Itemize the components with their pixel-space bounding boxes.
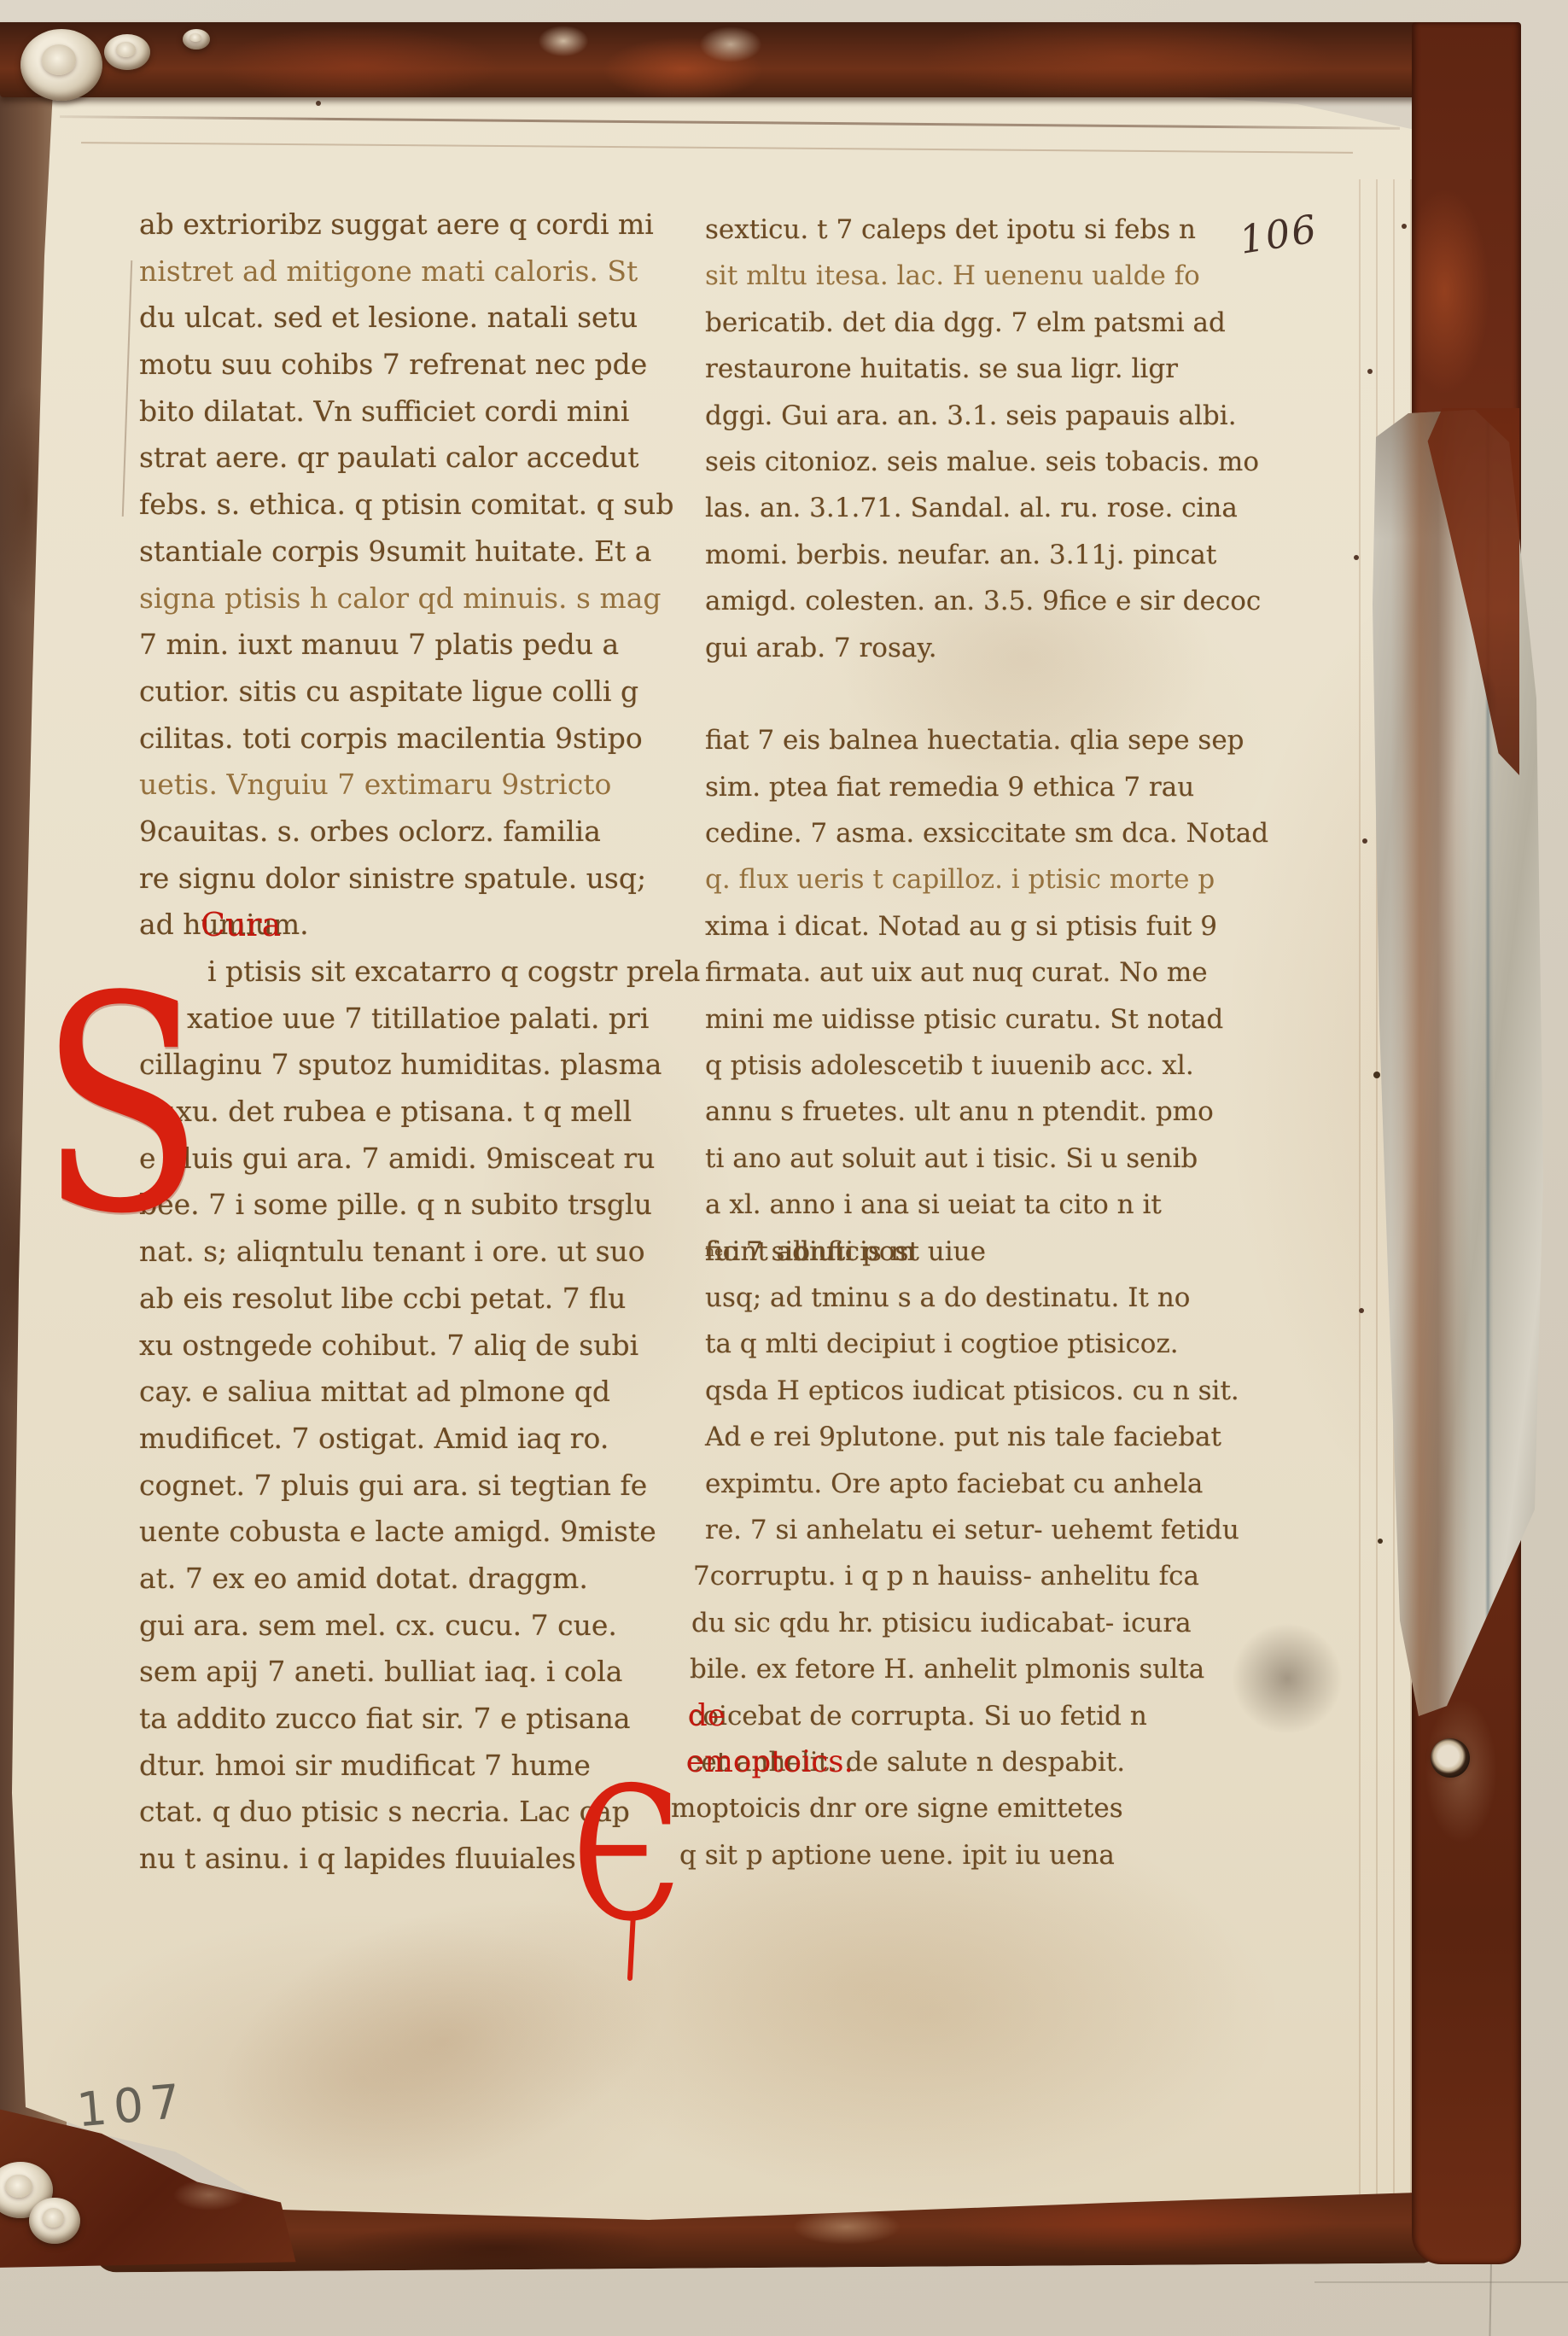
text-run: sexticu. t 7 caleps det ipotu si febs n <box>705 207 1196 253</box>
manuscript-line: fic 7 sibnficis mne fuint adiuti post ui… <box>705 1229 1323 1275</box>
text-run: 7corruptu. i q p n hauiss- anhelitu fca <box>693 1553 1199 1599</box>
text-run: xu ostngede cohibut. 7 aliq de subi <box>139 1323 638 1369</box>
corner-rosette-boss <box>183 29 210 50</box>
text-run: ta q mlti decipiut i cogtioe ptisicoz. <box>705 1321 1179 1367</box>
manuscript-line: cutior. sitis cu aspitate ligue colli g <box>139 669 690 715</box>
manuscript-line: febs. s. ethica. q ptisin comitat. q sub <box>139 482 690 529</box>
manuscript-line: bile. ex fetore H. anhelit plmonis sulta <box>690 1646 1323 1692</box>
text-run: xatioe uue 7 titillatioe palati. pri <box>187 996 649 1042</box>
manuscript-line: uetis. Vnguiu 7 extimaru 9stricto <box>139 762 690 809</box>
manuscript-line: bericatib. det dia dgg. 7 elm patsmi ad <box>705 300 1323 346</box>
text-run: fiat 7 eis balnea huectatia. qlia sepe s… <box>705 717 1244 763</box>
page-edge-seam <box>60 115 1400 130</box>
manuscript-line: cedine. 7 asma. exsiccitate sm dca. Nota… <box>705 810 1323 856</box>
manuscript-line: cilitas. toti corpis macilentia 9stipo <box>139 715 690 762</box>
manuscript-line: sexticu. t 7 caleps det ipotu si febs n <box>705 207 1323 253</box>
manuscript-line: restaurone huitatis. se sua ligr. ligr <box>705 346 1323 392</box>
manuscript-line: uente cobusta e lacte amigd. 9miste <box>139 1509 690 1556</box>
manuscript-line: cillaginu 7 sputoz humiditas. plasma <box>139 1042 690 1089</box>
manuscript-line: 9cauitas. s. orbes oclorz. familia <box>139 809 690 856</box>
manuscript-line: mudificet. 7 ostigat. Amid iaq ro. <box>139 1416 690 1463</box>
manuscript-line: q ptisis adolescetib t iuuenib acc. xl. <box>705 1042 1323 1089</box>
manuscript-line: motu suu cohibs 7 refrenat nec pde <box>139 342 690 388</box>
manuscript-line: Ad e rei 9plutone. put nis tale faciebat <box>705 1414 1323 1460</box>
manuscript-line: fluxu. det rubea e ptisana. t q mell <box>139 1089 690 1136</box>
text-run: gui ara. sem mel. cx. cucu. 7 cue. <box>139 1603 617 1650</box>
text-run: ab eis resolut libe ccbi petat. 7 flu <box>139 1276 626 1323</box>
text-run: amigd. colesten. an. 3.5. 9fice e sir de… <box>705 578 1261 624</box>
text-run: sit mltu itesa. lac. H uenenu ualde fo <box>705 253 1200 299</box>
manuscript-line: 7corruptu. i q p n hauiss- anhelitu fca <box>693 1553 1323 1599</box>
text-run: momi. berbis. neufar. an. 3.11j. pincat <box>705 532 1216 578</box>
manuscript-line: re signu dolor sinistre spatule. usq; <box>139 856 690 902</box>
manuscript-line: du sic qdu hr. ptisicu iudicabat- icura <box>691 1600 1323 1646</box>
text-run: ti ano aut soluit aut i tisic. Si u seni… <box>705 1136 1198 1182</box>
corner-rosette-boss <box>104 34 150 70</box>
text-run: uente cobusta e lacte amigd. 9miste <box>139 1509 656 1556</box>
manuscript-line: ab eis resolut libe ccbi petat. 7 flu <box>139 1276 690 1323</box>
manuscript-line: gui arab. 7 rosay. <box>705 625 1323 671</box>
manuscript-line: dggi. Gui ara. an. 3.1. seis papauis alb… <box>705 393 1323 439</box>
text-run: fuint adiuti post uiue <box>705 1229 986 1275</box>
text-run: bito dilatat. Vn sufficiet cordi mini <box>139 388 629 435</box>
text-run: moptoicis dnr ore signe emittetes <box>671 1785 1123 1831</box>
text-run: re. 7 si anhelatu ei setur- uehemt fetid… <box>705 1507 1239 1553</box>
text-run: las. an. 3.1.71. Sandal. al. ru. rose. c… <box>705 485 1238 531</box>
rubric-run: Cura <box>201 902 281 949</box>
text-run: cay. e saliua mittat ad plmone qd <box>139 1369 610 1416</box>
text-run: dggi. Gui ara. an. 3.1. seis papauis alb… <box>705 393 1237 439</box>
wormholes <box>0 0 5 5</box>
text-run: expimtu. Ore apto faciebat cu anhela <box>705 1461 1203 1507</box>
text-run: restaurone huitatis. se sua ligr. ligr <box>705 346 1178 392</box>
manuscript-line: nat. s; aliqntulu tenant i ore. ut suo <box>139 1229 690 1276</box>
text-run: fluxu. det rubea e ptisana. t q mell <box>139 1089 632 1136</box>
manuscript-line: ta q mlti decipiut i cogtioe ptisicoz. <box>705 1321 1323 1367</box>
manuscript-line: annu s fruetes. ult anu n ptendit. pmo <box>705 1089 1323 1135</box>
text-run: re signu dolor sinistre spatule. usq; <box>139 856 646 902</box>
manuscript-line: fiat 7 eis balnea huectatia. qlia sepe s… <box>705 717 1323 763</box>
text-run: firmata. aut uix aut nuq curat. No me <box>705 949 1208 996</box>
text-run: e pluis gui ara. 7 amidi. 9misceat ru <box>139 1136 655 1183</box>
manuscript-line: mini me uidisse ptisic curatu. St notad <box>705 996 1323 1042</box>
text-run: annu s fruetes. ult anu n ptendit. pmo <box>705 1089 1214 1135</box>
corner-rosette-boss <box>20 29 102 101</box>
text-run: coicebat de corrupta. Si uo fetid n <box>688 1693 1147 1739</box>
text-run: ta addito zucco fiat sir. 7 e ptisana <box>139 1696 631 1743</box>
text-run: mudificet. 7 ostigat. Amid iaq ro. <box>139 1416 609 1463</box>
text-run: 9cauitas. s. orbes oclorz. familia <box>139 809 601 856</box>
manuscript-line: signa ptisis h calor qd minuis. s mag <box>139 575 690 622</box>
text-run: nu t asinu. i q lapides fluuiales <box>139 1836 576 1883</box>
manuscript-line: i ptisis sit excatarro q cogstr prela <box>139 949 690 996</box>
manuscript-line: qsda H epticos iudicat ptisicos. cu n si… <box>705 1368 1323 1414</box>
manuscript-line: moptoicis dnr ore signe emittetes <box>671 1785 1323 1831</box>
manuscript-line: nistret ad mitigone mati caloris. St <box>139 248 690 295</box>
text-run: seis citonioz. seis malue. seis tobacis.… <box>705 439 1259 485</box>
text-run: mini me uidisse ptisic curatu. St notad <box>705 996 1223 1042</box>
text-run: motu suu cohibs 7 refrenat nec pde <box>139 342 647 388</box>
text-run: xima i dicat. Notad au g si ptisis fuit … <box>705 903 1217 949</box>
text-run: bile. ex fetore H. anhelit plmonis sulta <box>690 1646 1204 1692</box>
text-run: at. 7 ex eo amid dotat. draggm. <box>139 1556 588 1603</box>
manuscript-line: q sit p aptione uene. ipit iu uena <box>679 1832 1323 1878</box>
text-run: bericatib. det dia dgg. 7 elm patsmi ad <box>705 300 1226 346</box>
text-run: signa ptisis h calor qd minuis. s mag <box>139 575 662 622</box>
text-run: q ptisis adolescetib t iuuenib acc. xl. <box>705 1042 1194 1089</box>
manuscript-line: usq; ad tminu s a do destinatu. It no <box>705 1275 1323 1321</box>
manuscript-line: las. an. 3.1.71. Sandal. al. ru. rose. c… <box>705 485 1323 531</box>
manuscript-line: bee. 7 i some pille. q n subito trsglu <box>139 1182 690 1229</box>
text-run: febs. s. ethica. q ptisin comitat. q sub <box>139 482 674 529</box>
manuscript-line: xima i dicat. Notad au g si ptisis fuit … <box>705 903 1323 949</box>
manuscript-line: e pluis gui ara. 7 amidi. 9misceat ru <box>139 1136 690 1183</box>
manuscript-line: ad humium.Cura <box>139 902 690 949</box>
manuscript-photo: 106 107 ab extrioribz suggat aere q cord… <box>0 0 1568 2336</box>
text-run: ab extrioribz suggat aere q cordi mi <box>139 201 654 248</box>
text-column-left: ab extrioribz suggat aere q cordi minist… <box>139 201 690 1883</box>
text-run: cedine. 7 asma. exsiccitate sm dca. Nota… <box>705 810 1268 856</box>
text-run: q sit p aptione uene. ipit iu uena <box>679 1832 1115 1878</box>
text-run: du sic qdu hr. ptisicu iudicabat- icura <box>691 1600 1192 1646</box>
parchment-page: 106 107 ab extrioribz suggat aere q cord… <box>0 0 1568 2336</box>
text-run: du ulcat. sed et lesione. natali setu <box>139 295 638 342</box>
text-run: i ptisis sit excatarro q cogstr prela <box>207 949 700 996</box>
manuscript-line: 7 min. iuxt manuu 7 platis pedu a <box>139 622 690 669</box>
text-run: 7 min. iuxt manuu 7 platis pedu a <box>139 622 619 669</box>
pencil-folio-number: 107 <box>74 2074 189 2138</box>
manuscript-line: ab extrioribz suggat aere q cordi mi <box>139 201 690 248</box>
manuscript-line: seis citonioz. seis malue. seis tobacis.… <box>705 439 1323 485</box>
text-run: qsda H epticos iudicat ptisicos. cu n si… <box>705 1368 1239 1414</box>
text-column-right: sexticu. t 7 caleps det ipotu si febs ns… <box>705 207 1323 1878</box>
manuscript-line: ti ano aut soluit aut i tisic. Si u seni… <box>705 1136 1323 1182</box>
text-run: gui arab. 7 rosay. <box>705 625 937 671</box>
text-run: cognet. 7 pluis gui ara. si tegtian fe <box>139 1463 647 1510</box>
manuscript-line: re. 7 si anhelatu ei setur- uehemt fetid… <box>705 1507 1323 1553</box>
binding-leather-top <box>0 22 1513 97</box>
manuscript-line: q. flux ueris t capilloz. i ptisic morte… <box>705 856 1323 902</box>
text-run: sim. ptea fiat remedia 9 ethica 7 rau <box>705 764 1194 810</box>
manuscript-line: expimtu. Ore apto faciebat cu anhela <box>705 1461 1323 1507</box>
manuscript-line: coicebat de corrupta. Si uo fetid n de <box>688 1693 1323 1739</box>
text-run: sem apij 7 aneti. bulliat iaq. i cola <box>139 1649 622 1696</box>
manuscript-line: ta addito zucco fiat sir. 7 e ptisana <box>139 1696 690 1743</box>
manuscript-line: gui ara. sem mel. cx. cucu. 7 cue. <box>139 1603 690 1650</box>
text-run: stantiale corpis 9sumit huitate. Et a <box>139 529 651 575</box>
manuscript-line: bito dilatat. Vn sufficiet cordi mini <box>139 388 690 435</box>
table-seam <box>1314 2281 1568 2283</box>
text-run: usq; ad tminu s a do destinatu. It no <box>705 1275 1190 1321</box>
rubric-run: de <box>688 1693 726 1739</box>
text-run: nat. s; aliqntulu tenant i ore. ut suo <box>139 1229 645 1276</box>
initial-S: S <box>39 958 204 1255</box>
manuscript-line: firmata. aut uix aut nuq curat. No me <box>705 949 1323 996</box>
manuscript-line: stantiale corpis 9sumit huitate. Et a <box>139 529 690 575</box>
manuscript-line: momi. berbis. neufar. an. 3.11j. pincat <box>705 532 1323 578</box>
text-run: cillaginu 7 sputoz humiditas. plasma <box>139 1042 662 1089</box>
manuscript-line: amigd. colesten. an. 3.5. 9fice e sir de… <box>705 578 1323 624</box>
manuscript-line: xu ostngede cohibut. 7 aliq de subi <box>139 1323 690 1369</box>
strap-grommet <box>1431 1738 1470 1778</box>
text-run: uetis. Vnguiu 7 extimaru 9stricto <box>139 762 611 809</box>
manuscript-line: cet anhelit. de salute n despabit. emopt… <box>686 1739 1323 1785</box>
manuscript-line: sit mltu itesa. lac. H uenenu ualde fo <box>705 253 1323 299</box>
manuscript-line: sim. ptea fiat remedia 9 ethica 7 rau <box>705 764 1323 810</box>
text-run: dtur. hmoi sir mudificat 7 hume <box>139 1743 591 1790</box>
text-run: cutior. sitis cu aspitate ligue colli g <box>139 669 638 715</box>
manuscript-line: at. 7 ex eo amid dotat. draggm. <box>139 1556 690 1603</box>
initial-E: Є <box>572 1764 682 1948</box>
manuscript-line: xatioe uue 7 titillatioe palati. pri <box>139 996 690 1042</box>
text-run: strat aere. qr paulati calor accedut <box>139 435 639 482</box>
manuscript-line: strat aere. qr paulati calor accedut <box>139 435 690 482</box>
text-run: ctat. q duo ptisic s necria. Lac cap <box>139 1789 630 1836</box>
manuscript-line: du ulcat. sed et lesione. natali setu <box>139 295 690 342</box>
manuscript-line: a xl. anno i ana si ueiat ta cito n it <box>705 1182 1323 1228</box>
text-run: nistret ad mitigone mati caloris. St <box>139 248 638 295</box>
manuscript-line: cognet. 7 pluis gui ara. si tegtian fe <box>139 1463 690 1510</box>
rubric-run: emoptoics. <box>686 1739 854 1785</box>
page-edge-seam <box>81 142 1353 154</box>
text-run: q. flux ueris t capilloz. i ptisic morte… <box>705 856 1215 902</box>
parchment-crease <box>122 260 132 517</box>
manuscript-line <box>705 671 1323 717</box>
text-run: a xl. anno i ana si ueiat ta cito n it <box>705 1182 1162 1228</box>
text-run: Ad e rei 9plutone. put nis tale faciebat <box>705 1414 1221 1460</box>
manuscript-line: sem apij 7 aneti. bulliat iaq. i cola <box>139 1649 690 1696</box>
manuscript-line: cay. e saliua mittat ad plmone qd <box>139 1369 690 1416</box>
parchment-stain <box>580 1827 1280 2203</box>
corner-rosette-boss <box>29 2198 80 2244</box>
text-run: cilitas. toti corpis macilentia 9stipo <box>139 715 643 762</box>
text-run: bee. 7 i some pille. q n subito trsglu <box>139 1182 652 1229</box>
